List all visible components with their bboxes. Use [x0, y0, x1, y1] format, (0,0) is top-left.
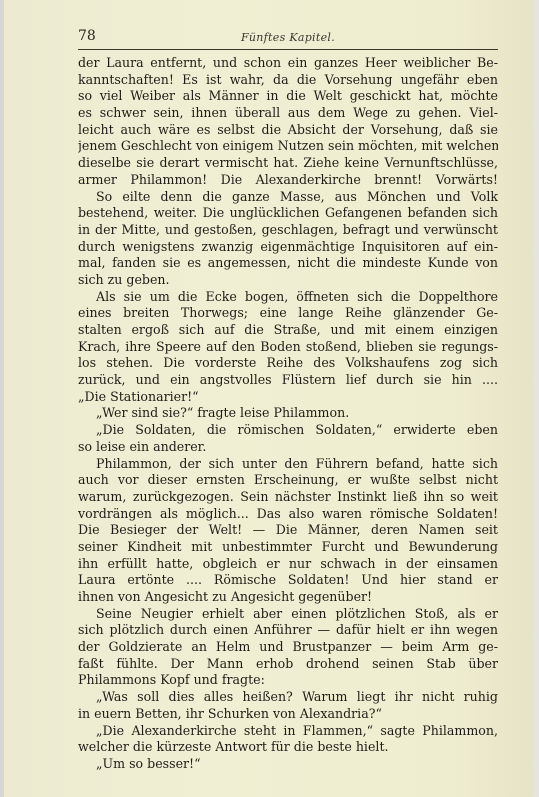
- text-line: bestehend, weiter. Die unglücklichen Gef…: [78, 205, 498, 222]
- text-line: ihn erfüllt hatte, obgleich er nur schwa…: [78, 556, 498, 573]
- running-head: 78 Fünftes Kapitel.: [78, 28, 498, 48]
- text-line: „Was soll dies alles heißen? Warum liegt…: [78, 689, 498, 706]
- body-text: der Laura entfernt, und schon ein ganzes…: [78, 55, 498, 773]
- chapter-running-title: Fünftes Kapitel.: [78, 31, 498, 44]
- text-line: mal, fanden sie es angemessen, nicht die…: [78, 255, 498, 272]
- text-line: Krach, ihre Speere auf den Boden stoßend…: [78, 339, 498, 356]
- scan-right-edge: [534, 0, 539, 797]
- text-line: Seine Neugier erhielt aber einen plötzli…: [78, 606, 498, 623]
- text-line: welcher die kürzeste Antwort für die bes…: [78, 739, 498, 756]
- text-line: So eilte denn die ganze Masse, aus Mönch…: [78, 189, 498, 206]
- text-line: so viel Weiber als Männer in die Welt ge…: [78, 88, 498, 105]
- text-line: vordrängen als möglich... Das also waren…: [78, 506, 498, 523]
- text-line: „Um so besser!“: [78, 756, 498, 773]
- text-line: durch wenigstens zwanzig eigenmächtige I…: [78, 239, 498, 256]
- text-line: warum, zurückgezogen. Sein nächster Inst…: [78, 489, 498, 506]
- text-line: stalten ergoß sich auf die Straße, und m…: [78, 322, 498, 339]
- text-line: Laura ertönte .... Römische Soldaten! Un…: [78, 572, 498, 589]
- text-line: Philammons Kopf und fragte:: [78, 672, 498, 689]
- text-line: leicht auch wäre es selbst die Absicht d…: [78, 122, 498, 139]
- text-line: dieselbe sie derart vermischt hat. Ziehe…: [78, 155, 498, 172]
- text-line: Die Besieger der Welt! — Die Männer, der…: [78, 522, 498, 539]
- text-line: Als sie um die Ecke bogen, öffneten sich…: [78, 289, 498, 306]
- text-line: in euern Betten, ihr Schurken von Alexan…: [78, 706, 498, 723]
- text-line: auch vor dieser ernsten Erscheinung, er …: [78, 472, 498, 489]
- text-line: sich plötzlich durch einen Anführer — da…: [78, 622, 498, 639]
- text-line: kanntschaften! Es ist wahr, da die Vorse…: [78, 72, 498, 89]
- text-line: armer Philammon! Die Alexanderkirche bre…: [78, 172, 498, 189]
- text-line: in der Mitte, und gestoßen, geschlagen, …: [78, 222, 498, 239]
- text-line: seiner Kindheit mit unbestimmter Furcht …: [78, 539, 498, 556]
- text-line: „Die Stationarier!“: [78, 389, 498, 406]
- text-line: faßt fühlte. Der Mann erhob drohend sein…: [78, 656, 498, 673]
- text-line: Philammon, der sich unter den Führern be…: [78, 456, 498, 473]
- header-rule: [78, 49, 498, 50]
- text-line: sich zu geben.: [78, 272, 498, 289]
- text-line: eines breiten Thorwegs; eine lange Reihe…: [78, 305, 498, 322]
- text-line: der Goldzierate an Helm und Brustpanzer …: [78, 639, 498, 656]
- text-line: ihnen von Angesicht zu Angesicht gegenüb…: [78, 589, 498, 606]
- text-line: jenem Geschlecht von einigem Nutzen sein…: [78, 138, 498, 155]
- text-line: der Laura entfernt, und schon ein ganzes…: [78, 55, 498, 72]
- text-line: los stehen. Die vorderste Reihe des Volk…: [78, 355, 498, 372]
- text-line: zurück, und ein angstvolles Flüstern lie…: [78, 372, 498, 389]
- text-line: „Wer sind sie?“ fragte leise Philammon.: [78, 405, 498, 422]
- text-line: es schwer sein, ihnen überall aus dem We…: [78, 105, 498, 122]
- text-line: so leise ein anderer.: [78, 439, 498, 456]
- text-line: „Die Alexanderkirche steht in Flammen,“ …: [78, 723, 498, 740]
- text-line: „Die Soldaten, die römischen Soldaten,“ …: [78, 422, 498, 439]
